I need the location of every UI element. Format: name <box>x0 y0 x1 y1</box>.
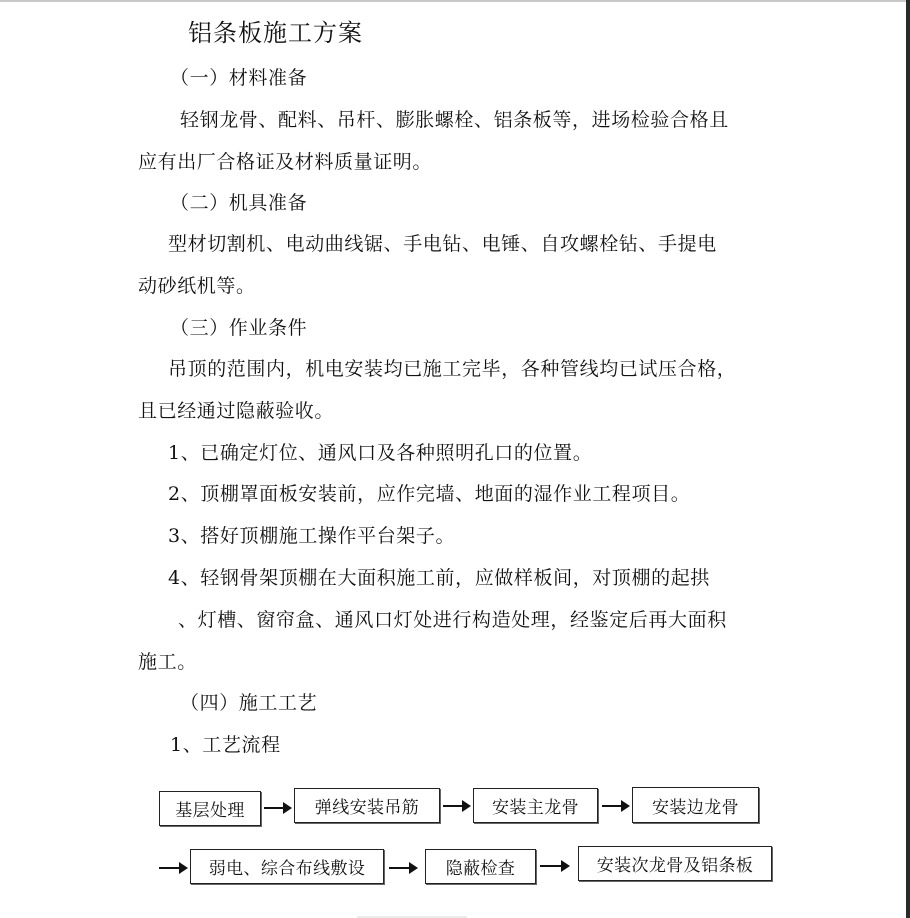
paragraph-line: 应有出厂合格证及材料质量证明。 <box>138 150 432 174</box>
flow-step-edge-keel: 安装边龙骨 <box>632 787 759 823</box>
list-item: 4、轻钢骨架顶棚在大面积施工前，应做样板间，对顶棚的起拱 <box>168 566 710 590</box>
flow-step-low-voltage-wiring: 弱电、综合布线敷设 <box>190 849 384 884</box>
arrow-right-icon <box>159 867 186 869</box>
section-heading-process: （四）施工工艺 <box>180 691 317 715</box>
page-right-border <box>906 0 910 918</box>
paragraph-line: 型材切割机、电动曲线锯、手电钻、电锤、自攻螺栓钻、手提电 <box>168 232 717 256</box>
list-item: 2、顶棚罩面板安装前，应作完墙、地面的湿作业工程项目。 <box>168 482 690 506</box>
list-item: 3、搭好顶棚施工操作平台架子。 <box>168 524 455 548</box>
arrow-right-icon <box>540 865 568 867</box>
flow-step-secondary-keel-panels: 安装次龙骨及铝条板 <box>578 846 772 881</box>
arrow-right-icon <box>443 805 469 807</box>
list-item-continuation: 施工。 <box>138 650 197 674</box>
paragraph-line: 动砂纸机等。 <box>138 274 256 298</box>
arrow-right-icon <box>602 805 628 807</box>
list-item-continuation: 、灯槽、窗帘盒、通风口灯处进行构造处理，经鉴定后再大面积 <box>178 608 727 632</box>
document-title: 铝条板施工方案 <box>188 18 363 48</box>
flow-step-main-keel: 安装主龙骨 <box>473 788 598 823</box>
paragraph-line: 轻钢龙骨、配料、吊杆、膨胀螺栓、铝条板等，进场检验合格且 <box>180 108 729 132</box>
section-heading-tools: （二）机具准备 <box>170 191 307 215</box>
paragraph-line: 吊顶的范围内，机电安装均已施工完毕，各种管线均已试压合格， <box>168 357 736 381</box>
list-item: 1、已确定灯位、通风口及各种照明孔口的位置。 <box>168 441 592 465</box>
arrow-right-icon <box>389 867 416 869</box>
subheading-flow: 1、工艺流程 <box>170 733 281 757</box>
paragraph-line: 且已经通过隐蔽验收。 <box>138 399 334 423</box>
arrow-right-icon <box>264 807 290 809</box>
section-heading-materials: （一）材料准备 <box>170 66 307 90</box>
flow-step-hanger-layout: 弹线安装吊筋 <box>294 788 440 823</box>
section-heading-conditions: （三）作业条件 <box>170 316 307 340</box>
flow-step-base-treatment: 基层处理 <box>159 791 261 826</box>
flow-step-concealed-inspection: 隐蔽检查 <box>425 849 536 884</box>
page-top-border <box>0 0 910 2</box>
